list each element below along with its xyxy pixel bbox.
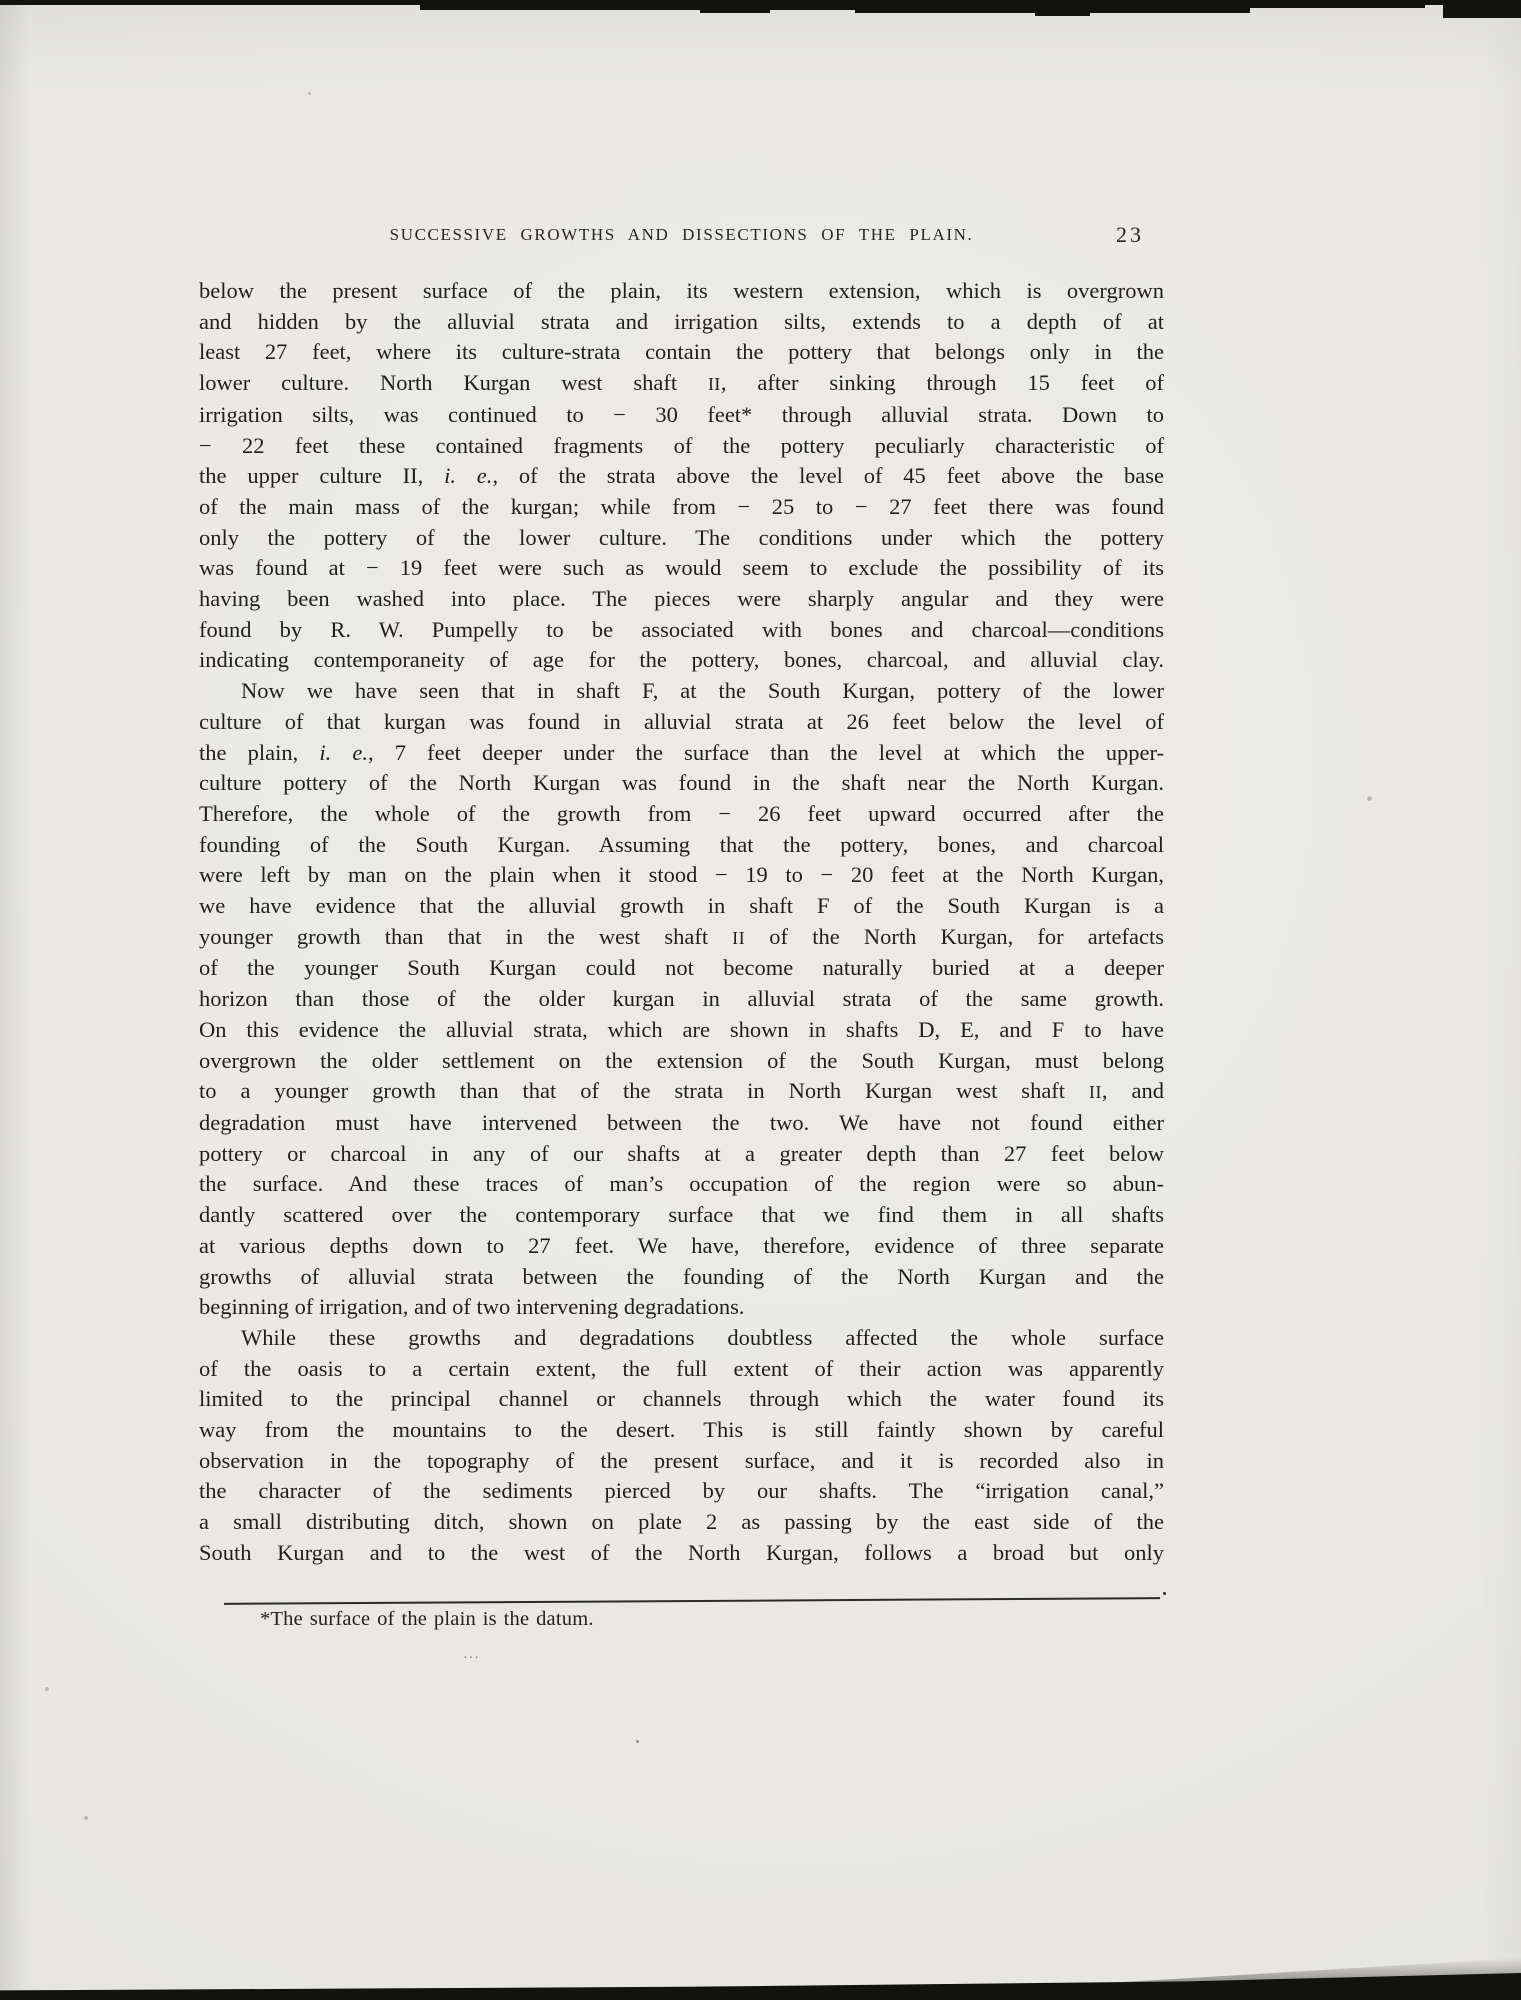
text-line: least 27 feet, where its culture-strata … — [199, 337, 1164, 368]
scan-dots-artifact: ··· — [463, 1657, 481, 1661]
scan-speck — [1079, 1145, 1081, 1147]
text-line: way from the mountains to the desert. Th… — [199, 1415, 1164, 1446]
page-number: 23 — [1116, 222, 1176, 248]
text-line: horizon than those of the older kurgan i… — [199, 984, 1164, 1015]
text-column: below the present surface of the plain, … — [199, 276, 1164, 1569]
text-line: the surface. And these traces of man’s o… — [199, 1169, 1164, 1200]
text-line: the upper culture II, i. e., of the stra… — [199, 461, 1164, 492]
text-line: overgrown the older settlement on the ex… — [199, 1046, 1164, 1077]
text-line: and hidden by the alluvial strata and ir… — [199, 307, 1164, 338]
scan-speck — [45, 1687, 49, 1691]
footnote-rule-end-dot — [1163, 1592, 1166, 1595]
text-line: we have evidence that the alluvial growt… — [199, 891, 1164, 922]
text-line: having been washed into place. The piece… — [199, 584, 1164, 615]
scan-edge-top — [0, 0, 1521, 20]
scan-speck — [636, 1740, 639, 1743]
text-line: of the oasis to a certain extent, the fu… — [199, 1354, 1164, 1385]
text-line: indicating contemporaneity of age for th… — [199, 645, 1164, 676]
text-line: dantly scattered over the contemporary s… — [199, 1200, 1164, 1231]
text-line: younger growth than that in the west sha… — [199, 922, 1164, 954]
text-line: culture of that kurgan was found in allu… — [199, 707, 1164, 738]
paragraph: While these growths and degradations dou… — [199, 1323, 1164, 1569]
text-line: below the present surface of the plain, … — [199, 276, 1164, 307]
text-line: Therefore, the whole of the growth from … — [199, 799, 1164, 830]
text-line: pottery or charcoal in any of our shafts… — [199, 1139, 1164, 1170]
footnote-text: *The surface of the plain is the datum. — [260, 1608, 594, 1631]
text-line: South Kurgan and to the west of the Nort… — [199, 1538, 1164, 1569]
text-line: the plain, i. e., 7 feet deeper under th… — [199, 738, 1164, 769]
text-line: founding of the South Kurgan. Assuming t… — [199, 830, 1164, 861]
text-line: On this evidence the alluvial strata, wh… — [199, 1015, 1164, 1046]
text-line: were left by man on the plain when it st… — [199, 860, 1164, 891]
paragraph: Now we have seen that in shaft F, at the… — [199, 676, 1164, 1323]
scan-speck — [308, 92, 311, 95]
scan-speck — [1367, 796, 1372, 801]
running-head-title: SUCCESSIVE GROWTHS AND DISSECTIONS OF TH… — [200, 225, 1163, 245]
text-line: Now we have seen that in shaft F, at the… — [199, 676, 1164, 707]
text-line: beginning of irrigation, and of two inte… — [199, 1292, 1164, 1323]
text-line: While these growths and degradations dou… — [199, 1323, 1164, 1354]
paragraph: below the present surface of the plain, … — [199, 276, 1164, 676]
text-line: was found at − 19 feet were such as woul… — [199, 553, 1164, 584]
text-line: of the main mass of the kurgan; while fr… — [199, 492, 1164, 523]
text-line: only the pottery of the lower culture. T… — [199, 523, 1164, 554]
text-line: irrigation silts, was continued to − 30 … — [199, 400, 1164, 431]
text-line: to a younger growth than that of the str… — [199, 1076, 1164, 1108]
text-line: culture pottery of the North Kurgan was … — [199, 768, 1164, 799]
text-line: found by R. W. Pumpelly to be associated… — [199, 615, 1164, 646]
text-line: growths of alluvial strata between the f… — [199, 1262, 1164, 1293]
text-line: lower culture. North Kurgan west shaft I… — [199, 368, 1164, 400]
scanned-book-page: { "header": { "title": "SUCCESSIVE GROWT… — [0, 0, 1521, 2000]
text-line: at various depths down to 27 feet. We ha… — [199, 1231, 1164, 1262]
text-line: observation in the topography of the pre… — [199, 1446, 1164, 1477]
text-line: degradation must have intervened between… — [199, 1108, 1164, 1139]
text-line: a small distributing ditch, shown on pla… — [199, 1507, 1164, 1538]
text-line: the character of the sediments pierced b… — [199, 1476, 1164, 1507]
text-line: of the younger South Kurgan could not be… — [199, 953, 1164, 984]
text-line: − 22 feet these contained fragments of t… — [199, 431, 1164, 462]
text-line: limited to the principal channel or chan… — [199, 1384, 1164, 1415]
scan-speck — [84, 1816, 88, 1820]
